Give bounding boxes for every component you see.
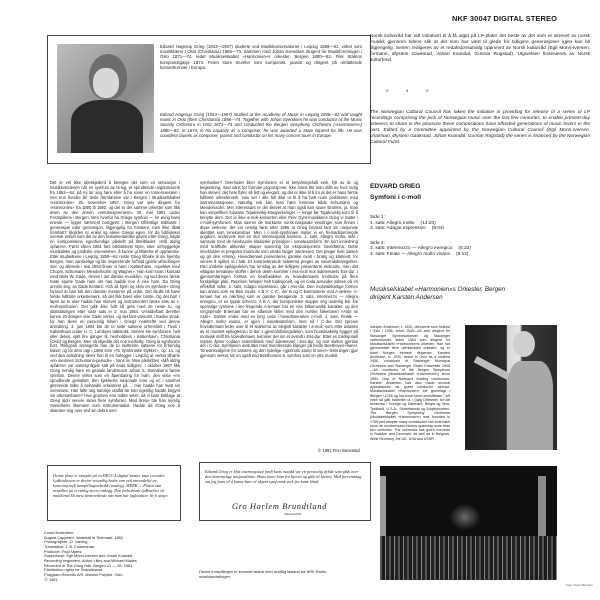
signature-title: Statsminister	[284, 512, 302, 516]
track-title: 3. sats: Intermezzo — Allegro energico	[370, 246, 452, 251]
bio-norwegian: Edvard Hagerup Grieg (1843—1907) studert…	[160, 44, 362, 70]
separator-dots: * * *	[386, 90, 436, 96]
portrait-body	[71, 100, 143, 153]
performer-credit: Musikselskabet «Harmonien»s Orkester, Be…	[370, 286, 505, 302]
photo-orchestra-stage	[380, 536, 557, 580]
essay-copyright: © 1981 Finn Benestad	[318, 448, 360, 453]
spacer	[370, 232, 471, 241]
production-credits: Cover illustration: August Cappelen: Wat…	[44, 531, 137, 582]
orchestra-name: Musikselskabet «Harmonien»s Orkester, Be…	[370, 286, 505, 294]
track-title: 1. sats: Allegro molto	[370, 221, 415, 226]
catalog-number: NKF 30047 DIGITAL STEREO	[452, 14, 557, 23]
track-duration: (8:04)	[432, 226, 445, 231]
conductor-photo	[465, 325, 557, 450]
conductor-name: dirigent Karsten Andersen	[370, 294, 505, 302]
credit-line: Ⓟ 1981	[44, 578, 137, 583]
photo-head	[513, 331, 535, 357]
track-title: 2. sats: Adagio espressivo	[370, 226, 426, 231]
orchestra-photo	[380, 466, 557, 580]
track-title: 4. sats: Finale — Allegro molto vivace	[370, 252, 450, 257]
portrait-face	[93, 68, 119, 98]
grieg-portrait-image	[57, 44, 154, 153]
series-intro-english: The Norwegian Cultural Council has taken…	[370, 110, 590, 145]
photo-credit: Foto: Rune Bjorvatn	[566, 583, 593, 587]
photo-arm	[474, 356, 513, 381]
track-duration: (14:20)	[421, 221, 436, 226]
work-title: Symfoni i c-moll	[370, 194, 421, 201]
prime-minister-note: Edvard Grieg er blitt internasjonal ford…	[205, 469, 363, 484]
track-item: 4. sats: Finale — Allegro molto vivace(9…	[370, 252, 471, 258]
decca-note: Denne plate er innspilt på en DECCA digi…	[53, 473, 175, 498]
signature: Gro Harlem Brundtland	[232, 501, 327, 511]
essay-column-1: Det er vel ikke ubeskjedent å betegne de…	[50, 181, 180, 414]
essay-column-2: symfoniker? Overhodet ikke! Symfonien er…	[200, 181, 358, 359]
series-intro-norwegian: Norsk kulturråd har tatt initiativet til…	[370, 34, 590, 64]
photo-body	[507, 361, 553, 450]
rights-note: Denne innspillingen er kommet istand med…	[199, 570, 329, 579]
bio-english: Edvard Hagerup Grieg (1843—1907) studied…	[160, 112, 362, 138]
photo-organ-light	[450, 504, 480, 530]
track-duration: (9:12)	[456, 252, 469, 257]
track-list: Side 1: 1. sats: Allegro molto(14:20) 2.…	[370, 215, 471, 258]
performers-bio: Karsten Andersen, f. 1920, debuterte som…	[370, 325, 450, 441]
composer-name: EDVARD GRIEG	[370, 183, 420, 190]
track-duration: (5:33)	[458, 246, 471, 251]
